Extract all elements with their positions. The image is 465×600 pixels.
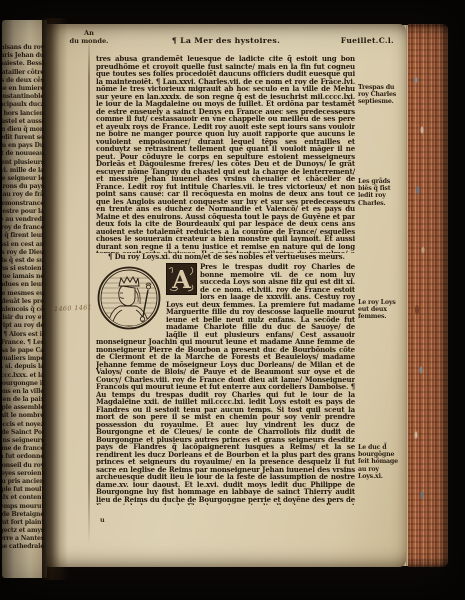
facing-fragment-line: de Vacheuille seigneur le: [2, 175, 44, 183]
facing-fragment-line: empeschãt que iamais ne: [2, 273, 44, 281]
facing-fragment-line: ¶ Suplians roy de Dieu: [2, 249, 44, 257]
facing-fragment-line: pape. et. si. depuis la: [2, 363, 44, 371]
facing-fragment-line: Bourguignons si estoient: [2, 265, 44, 273]
facing-fragment-line: quelle disoit estre pour la: [2, 208, 44, 216]
facing-fragment-line: du royaulme de france: [2, 445, 44, 453]
facing-fragment-line: et Jehan Valencois q̃ cõ: [2, 306, 44, 314]
facing-fragment-line: sainct espousa le pape Ca: [2, 347, 44, 355]
facing-fragment-line: ceulx et cheualiers impe: [2, 355, 44, 363]
book-page: An du monde. ¶ La Mer des hystoires. Fue…: [46, 24, 406, 567]
facing-fragment-line: an. ¶ Sur ce mesmes eu: [2, 290, 44, 298]
facing-fragment-line: mãda ses gens en la ville: [2, 388, 44, 396]
facing-fragment-line: lequel fut fort plaint: [2, 519, 44, 527]
signature-mark: u: [100, 516, 105, 524]
facing-fragment-line: et fut enterre a Nantes: [2, 535, 44, 543]
facing-fragment-line: il assist rescript au roy de: [2, 322, 44, 330]
facing-fragment-line: sse desplaisans du roy: [2, 44, 44, 52]
margin-note: Le roy Loys eut deux femmes.: [358, 299, 404, 321]
handwritten-date-note: 1460 1461: [54, 303, 98, 313]
facing-fragment-line: et ancienne remonstrance: [2, 200, 44, 208]
facing-fragment-line: Les principaulx ducz: [2, 101, 44, 109]
book-photo: { "photo": { "background_color": "#0b080…: [0, 0, 465, 600]
page-crease: [88, 36, 90, 544]
body-text-block: tres abusa grandemẽt leuesque de ladicte…: [96, 55, 355, 505]
facing-fragment-line: ne se nomme au vendredi: [2, 216, 44, 224]
facing-fragment-line: confermerent de nouueau: [2, 150, 44, 158]
facing-fragment-line: Bayonne. ¶ Alors est il: [2, 331, 44, 339]
facing-fragment-line: Piere et Constantinoble: [2, 93, 44, 101]
facing-fragment-line: par le conseil du roy: [2, 462, 44, 470]
facing-fragment-line: duc de Bourgongne il: [2, 380, 44, 388]
margin-note: Les grãds biẽs q̃ fist ledit roy Charles…: [358, 178, 404, 207]
facing-fragment-line: cent mil.ccc.lxxx. et la: [2, 372, 44, 380]
facing-fragment-line: ¶ En ce temps mourut: [2, 503, 44, 511]
facing-fragment-line: venir. ¶ Aussi en cest an: [2, 241, 44, 249]
drop-cap-letter: A: [171, 265, 191, 294]
facing-page-text: sse desplaisans du royuiez a Paris Jehan…: [2, 44, 44, 552]
facing-fragment-line: mises au pris ancien: [2, 478, 44, 486]
facing-fragment-line: hors. O mon dieu q̃ mon: [2, 126, 44, 134]
red-fore-edge: [408, 24, 448, 567]
facing-fragment-line: ioyeulx et content: [2, 494, 44, 502]
facing-fragment-line: dont le peuple fut moult: [2, 486, 44, 494]
facing-fragment-line: q̃ fut nome hors lancien: [2, 110, 44, 118]
facing-fragment-line: ¶ Item en pays Du: [2, 142, 44, 150]
facing-fragment-line: archeuesque deuãt les pro: [2, 298, 44, 306]
facing-fragment-line: de ses subgectz et amys: [2, 527, 44, 535]
section-heading: ¶ Du roy Loys.xi. du nom/et de ses noble…: [96, 253, 355, 263]
facing-fragment-line: ¶ Lan.xvi. mille de la: [2, 167, 44, 175]
facing-fragment-line: dont fourberent plusieurs: [2, 159, 44, 167]
facing-fragment-line: et autres grans seigneurs: [2, 437, 44, 445]
facing-fragment-line: si grant peuple assemble: [2, 404, 44, 412]
facing-fragment-line: propheties vendues en leur: [2, 281, 44, 289]
facing-fragment-line: la fille du roy de france: [2, 224, 44, 232]
facing-fragment-line: en de liege maieste. Bessi: [2, 60, 44, 68]
facing-fragment-line: et nouuelles q̃ firent leur: [2, 232, 44, 240]
paragraph-1: tres abusa grandemẽt leuesque de ladicte…: [96, 55, 355, 253]
facing-fragment-line: le conte de Sainct Pol: [2, 429, 44, 437]
paragraph-2: A Pres le trespas dudit roy Charles de b…: [96, 263, 355, 505]
facing-fragment-line: q̃ amoit batailler cõtre: [2, 69, 44, 77]
facing-fragment-line: les Frebetois q̃ est de su: [2, 257, 44, 265]
facing-fragment-line: son peuple. Ledit furent so: [2, 134, 44, 142]
facing-fragment-line: grant guerre au roy de frã: [2, 191, 44, 199]
facing-fragment-line: pour le bien de la paix: [2, 396, 44, 404]
facing-fragment-line: q̃ len ne scait le nombre: [2, 412, 44, 420]
facing-fragment-line: lesdits barons du pays: [2, 183, 44, 191]
margin-note: Trespas du roy Charles septiesme.: [358, 84, 404, 106]
facing-fragment-line: cheuaulx au chastel et aussi: [2, 118, 44, 126]
king-portrait-medallion-icon: [96, 264, 162, 332]
facing-fragment-line: ¶ Item fut ordonne: [2, 453, 44, 461]
facing-page-edge: sse desplaisans du royuiez a Paris Jehan…: [2, 20, 47, 578]
facing-fragment-line: en leglise cathedrale: [2, 543, 44, 551]
facing-fragment-line: en son sein plus de deux cẽs: [2, 77, 44, 85]
folio-number: Fueillet.C.l.: [341, 36, 394, 45]
margin-note: Le duc d̃ bourgõgne feit hõmage au roy L…: [358, 444, 404, 480]
facing-fragment-line: furent occis et noyez: [2, 421, 44, 429]
facing-fragment-line: le roy de France. ¶ Les: [2, 339, 44, 347]
facing-fragment-line: et soleil coutisse en lumiere: [2, 85, 44, 93]
facing-fragment-line: au bon plaisir du roy et: [2, 314, 44, 322]
facing-fragment-line: q̃ les monnoyes seroient: [2, 470, 44, 478]
facing-fragment-line: uiez a Paris Jehan du: [2, 52, 44, 60]
drop-cap-initial-block: A: [166, 263, 197, 295]
facing-fragment-line: le bon duc de Bretaigne: [2, 511, 44, 519]
